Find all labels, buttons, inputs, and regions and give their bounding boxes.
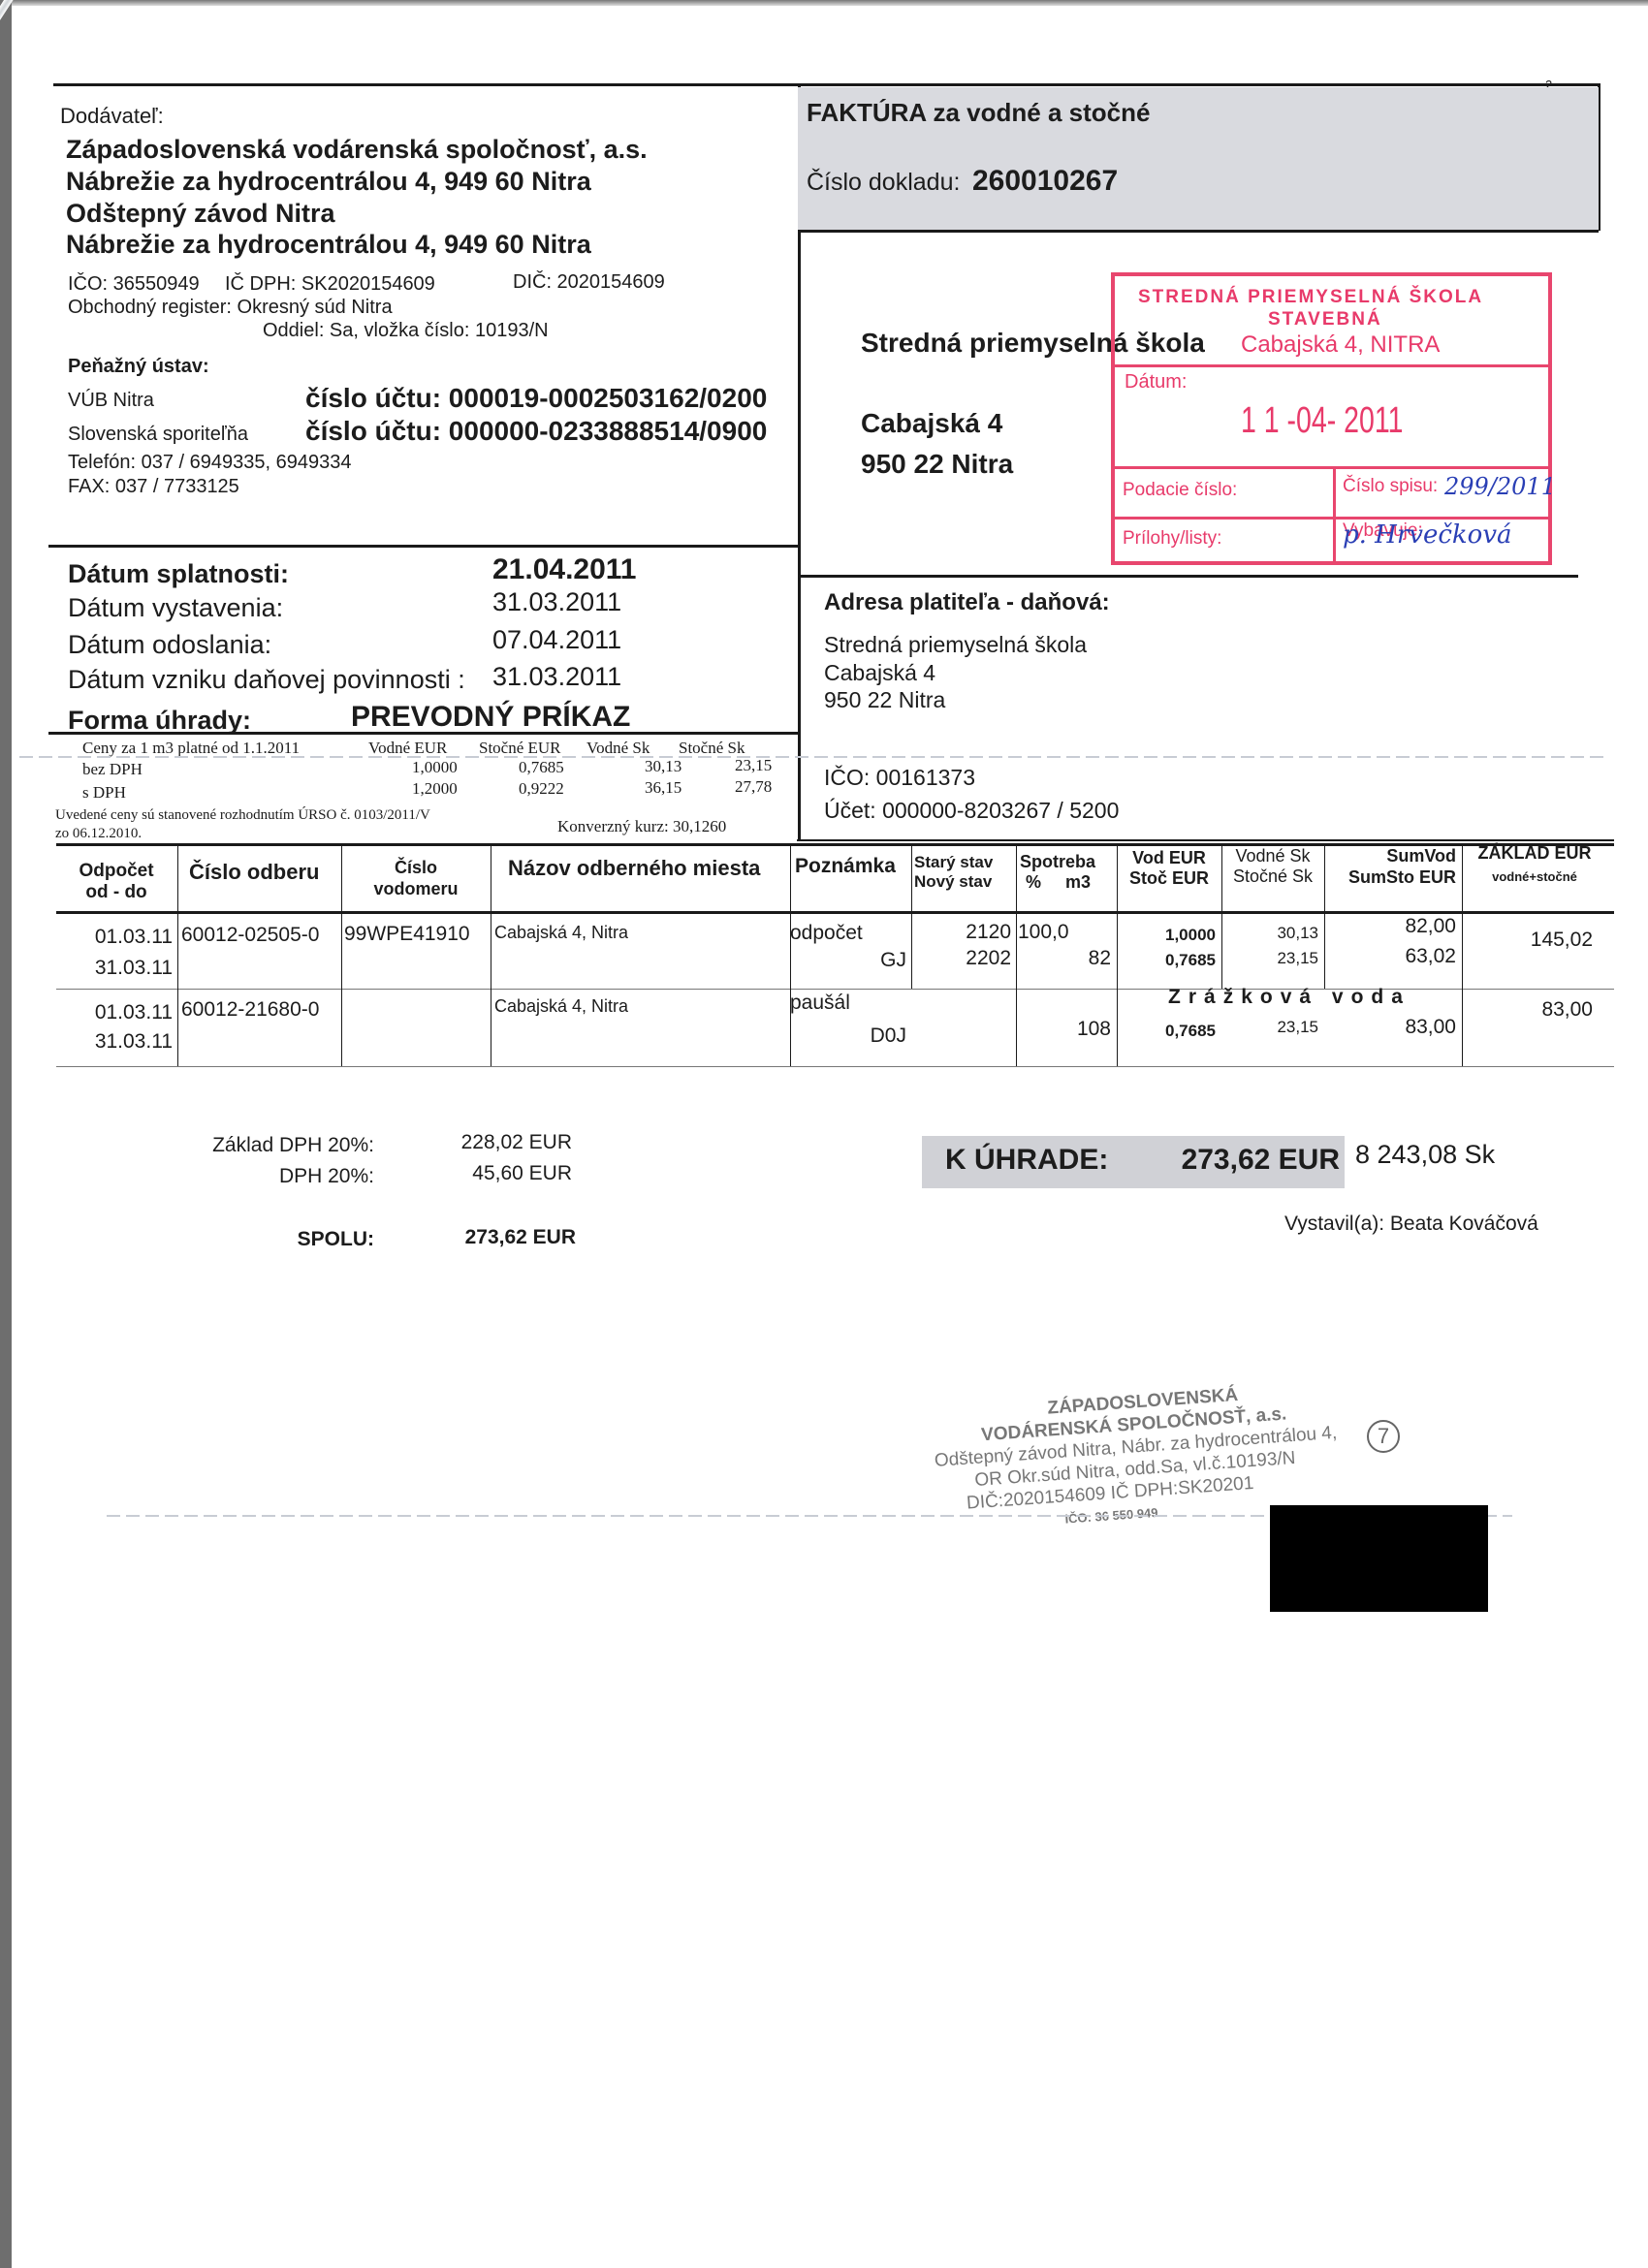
prices-cell: 30,13 [645,757,681,776]
row-zaklad: 145,02 [1462,929,1593,952]
row-sum-sto: 63,02 [1324,945,1456,968]
row-stoc-eur: 0,7685 [1117,951,1216,970]
col-header-stoc-eur: Stoč EUR [1117,868,1221,889]
stamp-school-address: Cabajská 4, NITRA [1241,331,1440,359]
col-header-stocne-sk: Stočné Sk [1221,866,1324,887]
prices-header-vodne-sk: Vodné Sk [586,739,650,758]
supplier-name: Západoslovenská vodárenská spoločnosť, a… [66,135,648,165]
payment-method-label: Forma úhrady: [68,706,251,736]
payer-street: Cabajská 4 [824,660,935,686]
row-sum-vod: 82,00 [1324,915,1456,938]
vat-base-label: Základ DPH 20%: [145,1134,374,1157]
doc-number-label: Číslo dokladu: [807,169,960,197]
supplier-register: Obchodný register: Okresný súd Nitra [68,297,393,319]
prices-cell: 0,7685 [519,758,564,777]
row-novy: 2202 [911,947,1011,970]
due-date-label: Dátum splatnosti: [68,559,289,589]
col-header-sumsto: SumSto EUR [1324,867,1456,888]
stamp-spis-label: Číslo spisu: [1343,476,1438,497]
prices-cell: 1,0000 [412,758,458,777]
sent-date: 07.04.2011 [492,625,621,655]
col-line [491,843,491,1066]
stamp-date: 1 1 -04- 2011 [1241,400,1403,442]
row-from: 01.03.11 [58,926,173,949]
supplier-label: Dodávateľ: [60,104,164,129]
row-stoc-sk: 23,15 [1221,1018,1318,1037]
col-header-vodne-sk: Vodné Sk [1221,846,1324,866]
stamp-prilohy-label: Prílohy/listy: [1123,528,1221,550]
prices-note-date: zo 06.12.2010. [55,826,142,842]
supplier-address: Nábrežie za hydrocentrálou 4, 949 60 Nit… [66,167,591,197]
frame-top-line [53,83,1599,86]
row-odber: 60012-21680-0 [181,998,319,1022]
col-header-vodomer: Číslo [341,858,491,878]
issued-date: 31.03.2011 [492,587,621,617]
row-stoc-eur: 0,7685 [1117,1022,1216,1041]
prices-cell: 27,78 [735,777,772,797]
received-stamp: STREDNÁ PRIEMYSELNÁ ŠKOLA STAVEBNÁ Cabaj… [1111,272,1552,565]
prices-cell: 36,15 [645,778,681,798]
row-stary: 2120 [911,921,1011,944]
bank-name-vub: VÚB Nitra [68,390,154,412]
prices-row-label: s DPH [82,783,126,803]
bank-account-sporitelna: číslo účtu: 000000-0233888514/0900 [305,416,767,447]
prices-header-vodne-eur: Vodné EUR [368,739,447,758]
vat-label: DPH 20%: [145,1165,374,1188]
prices-cell: 0,9222 [519,779,564,799]
row-code: GJ [790,949,906,972]
amount-due-label: K ÚHRADE: [945,1144,1108,1177]
prices-cell: 23,15 [735,756,772,775]
payer-name: Stredná priemyselná škola [824,632,1087,658]
row-poznamka: paušál [790,992,850,1015]
stamp-number-mark: 7 [1367,1420,1400,1453]
total-label: SPOLU: [145,1228,374,1251]
conversion-rate: Konverzný kurz: 30,1260 [557,817,726,836]
col-header-odpocet: Odpočet [78,861,155,882]
tax-date: 31.03.2011 [492,662,621,692]
prices-row-label: bez DPH [82,760,143,779]
bank-account-vub: číslo účtu: 000019-0002503162/0200 [305,383,767,414]
prices-header-stocne-eur: Stočné EUR [479,739,561,758]
payer-account: Účet: 000000-8203267 / 5200 [824,798,1119,824]
recipient-bottom-line [798,575,1578,578]
stamp-spis-value: 299/2011 [1444,473,1556,500]
issued-date-label: Dátum vystavenia: [68,593,283,623]
vat-base-value: 228,02 EUR [427,1131,572,1154]
total-value: 273,62 EUR [427,1226,576,1249]
col-header-vodomer-sub: vodomeru [341,879,491,899]
bank-label: Peňažný ústav: [68,356,209,378]
supplier-register-section: Oddiel: Sa, vložka číslo: 10193/N [263,320,549,342]
stamp-date-label: Dátum: [1125,371,1187,394]
row-miesto: Cabajská 4, Nitra [494,996,628,1017]
prices-cell: 1,2000 [412,779,458,799]
row-m3: 82 [1016,947,1111,970]
redaction-block [1270,1505,1488,1612]
col-header-odpocet-sub: od - do [78,882,155,903]
row-stoc-sk: 23,15 [1221,949,1318,968]
col-header-cislo-odberu: Číslo odberu [189,860,319,885]
payer-label: Adresa platiteľa - daňová: [824,589,1110,616]
stamp-school-type: STAVEBNÁ [1268,309,1382,331]
supplier-phone: Telefón: 037 / 6949335, 6949334 [68,452,351,474]
col-header-spotreba: Spotreba [1020,852,1095,872]
doc-number: 260010267 [972,165,1118,198]
col-header-sumvod: SumVod [1324,846,1456,866]
payer-bottom-line [797,839,1614,841]
scan-streak [19,756,1609,758]
row-to: 31.03.11 [58,1030,173,1054]
row-vod-eur: 1,0000 [1117,926,1216,945]
due-date: 21.04.2011 [492,553,637,586]
stamp-vybavuje-signature: p. Hrvečková [1343,520,1512,550]
issued-by: Vystavil(a): Beata Kováčová [1284,1213,1538,1236]
row-zaklad: 83,00 [1462,998,1593,1022]
col-header-zaklad-sub: vodné+stočné [1462,869,1607,884]
prices-header-stocne-sk: Stočné Sk [679,739,745,758]
tax-date-label: Dátum vzniku daňovej povinnosti : [68,665,465,695]
row-sum-sto: 83,00 [1324,1016,1456,1039]
col-header-vod-eur: Vod EUR [1117,848,1221,868]
row-miesto: Cabajská 4, Nitra [494,923,628,943]
header-box-bottom [798,230,1599,233]
vat-value: 45,60 EUR [427,1162,572,1185]
supplier-fax: FAX: 037 / 7733125 [68,476,239,498]
col-header-zaklad: ZÁKLAD EUR [1462,843,1607,864]
payment-method: PREVODNÝ PRÍKAZ [351,701,630,734]
row-poznamka: odpočet [790,922,863,945]
row-code: D0J [790,1024,906,1048]
bank-name-sporitelna: Slovenská sporiteľňa [68,424,248,446]
invoice-title: FAKTÚRA za vodné a stočné [807,98,1150,128]
stamp-podacie-label: Podacie číslo: [1123,480,1237,501]
table-bottom-line [56,1066,1614,1067]
payer-city: 950 22 Nitra [824,687,945,713]
scan-edge-left [0,0,12,2268]
supplier-branch-address: Nábrežie za hydrocentrálou 4, 949 60 Nit… [66,230,591,260]
prices-header-label: Ceny za 1 m3 platné od 1.1.2011 [82,739,300,758]
col-line [177,843,178,1066]
col-header-novy-stav: Nový stav [914,872,992,892]
row-percent: 100,0 [1018,921,1069,944]
row-vodomer: 99WPE41910 [344,923,470,946]
row-vod-sk: 30,13 [1221,924,1318,943]
col-header-nazov: Názov odberného miesta [508,856,760,881]
supplier-bottom-line [48,545,800,548]
supplier-ico: IČO: 36550949 [68,273,200,296]
table-header-bottom [56,911,1614,914]
sent-date-label: Dátum odoslania: [68,630,271,660]
row-to: 31.03.11 [58,957,173,980]
supplier-branch: Odštepný závod Nitra [66,199,335,229]
amount-due-eur: 273,62 EUR [1115,1144,1340,1177]
col-header-poznamka: Poznámka [795,855,896,878]
col-header-spotreba-sub: % m3 [1026,872,1091,893]
recipient-street: Cabajská 4 [861,408,1002,439]
stamp-school-name: STREDNÁ PRIEMYSELNÁ ŠKOLA [1138,287,1483,308]
supplier-ic-dph: IČ DPH: SK2020154609 [225,273,435,296]
recipient-city: 950 22 Nitra [861,449,1013,480]
payer-ico: IČO: 00161373 [824,765,975,791]
row-special-label: Zrážková voda [1117,986,1462,1009]
col-header-stary-stav: Starý stav [914,853,993,872]
scan-edge-top [0,0,1648,6]
row-odber: 60012-02505-0 [181,924,319,947]
supplier-dic: DIČ: 2020154609 [513,271,665,294]
prices-note: Uvedené ceny sú stanovené rozhodnutím ÚR… [55,807,430,824]
amount-due-sk: 8 243,08 Sk [1355,1140,1495,1170]
row-m3: 108 [1016,1018,1111,1041]
row-from: 01.03.11 [58,1001,173,1024]
